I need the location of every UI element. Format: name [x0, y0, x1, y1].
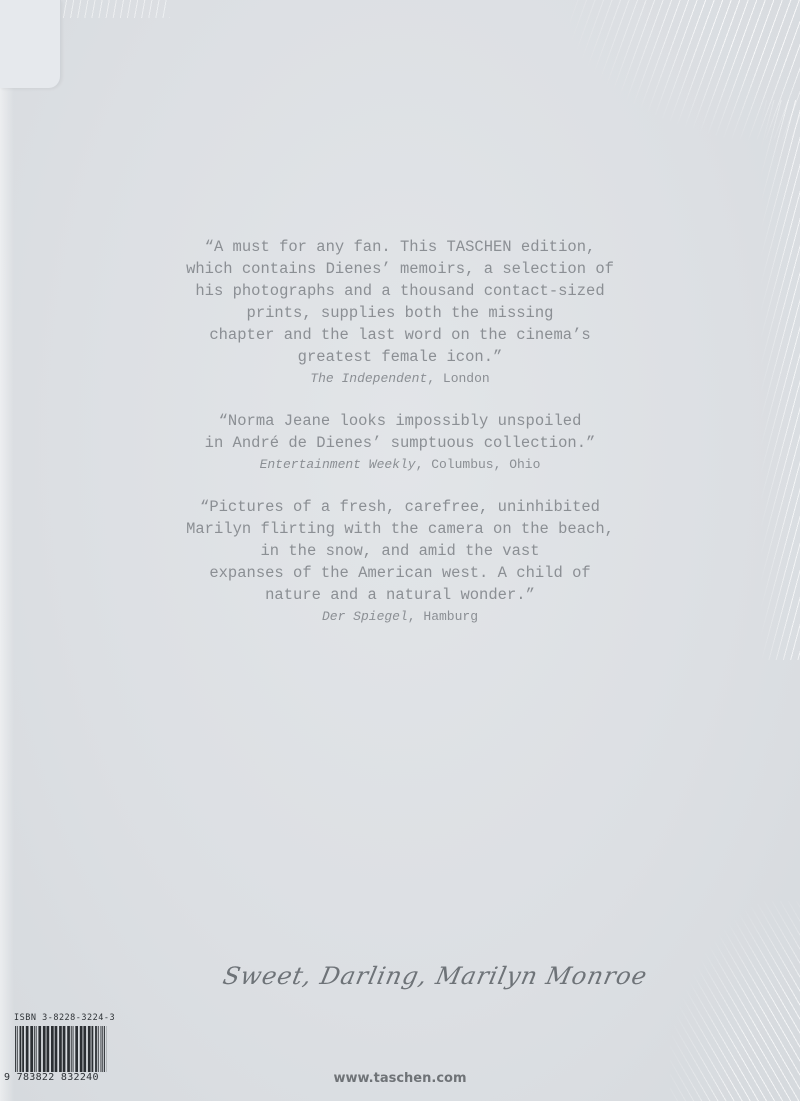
publication-name: Entertainment Weekly: [260, 457, 416, 472]
quote-text: “Pictures of a fresh, carefree, uninhibi…: [150, 496, 650, 606]
book-back-cover: “A must for any fan. This TASCHEN editio…: [0, 0, 800, 1101]
publication-location: , Columbus, Ohio: [416, 457, 541, 472]
spine-shade: [0, 0, 14, 1101]
publisher-website[interactable]: www.taschen.com: [250, 1071, 550, 1086]
isbn-label: ISBN 3-8228-3224-3: [14, 1013, 115, 1023]
publication-name: The Independent: [310, 371, 427, 386]
publication-name: Der Spiegel: [322, 609, 408, 624]
shrinkwrap-glare: [670, 901, 800, 1101]
quote-source: Der Spiegel, Hamburg: [150, 606, 650, 628]
quote-text: “A must for any fan. This TASCHEN editio…: [150, 236, 650, 368]
quote-text: “Norma Jeane looks impossibly unspoiled …: [150, 410, 650, 454]
review-quote: “Norma Jeane looks impossibly unspoiled …: [150, 410, 650, 476]
barcode-icon: [15, 1026, 107, 1072]
publication-location: , Hamburg: [408, 609, 478, 624]
review-quote: “A must for any fan. This TASCHEN editio…: [150, 236, 650, 390]
barcode-digits: 9 783822 832240: [4, 1072, 99, 1083]
quote-source: Entertainment Weekly, Columbus, Ohio: [150, 454, 650, 476]
quote-source: The Independent, London: [150, 368, 650, 390]
review-quotes: “A must for any fan. This TASCHEN editio…: [150, 236, 650, 648]
price-sticker: [0, 0, 61, 88]
shrinkwrap-glare: [60, 0, 170, 18]
publication-location: , London: [427, 371, 489, 386]
shrinkwrap-glare: [760, 100, 800, 660]
handwritten-signature: Sweet, Darling, Marilyn Monroe: [214, 962, 607, 1022]
review-quote: “Pictures of a fresh, carefree, uninhibi…: [150, 496, 650, 628]
